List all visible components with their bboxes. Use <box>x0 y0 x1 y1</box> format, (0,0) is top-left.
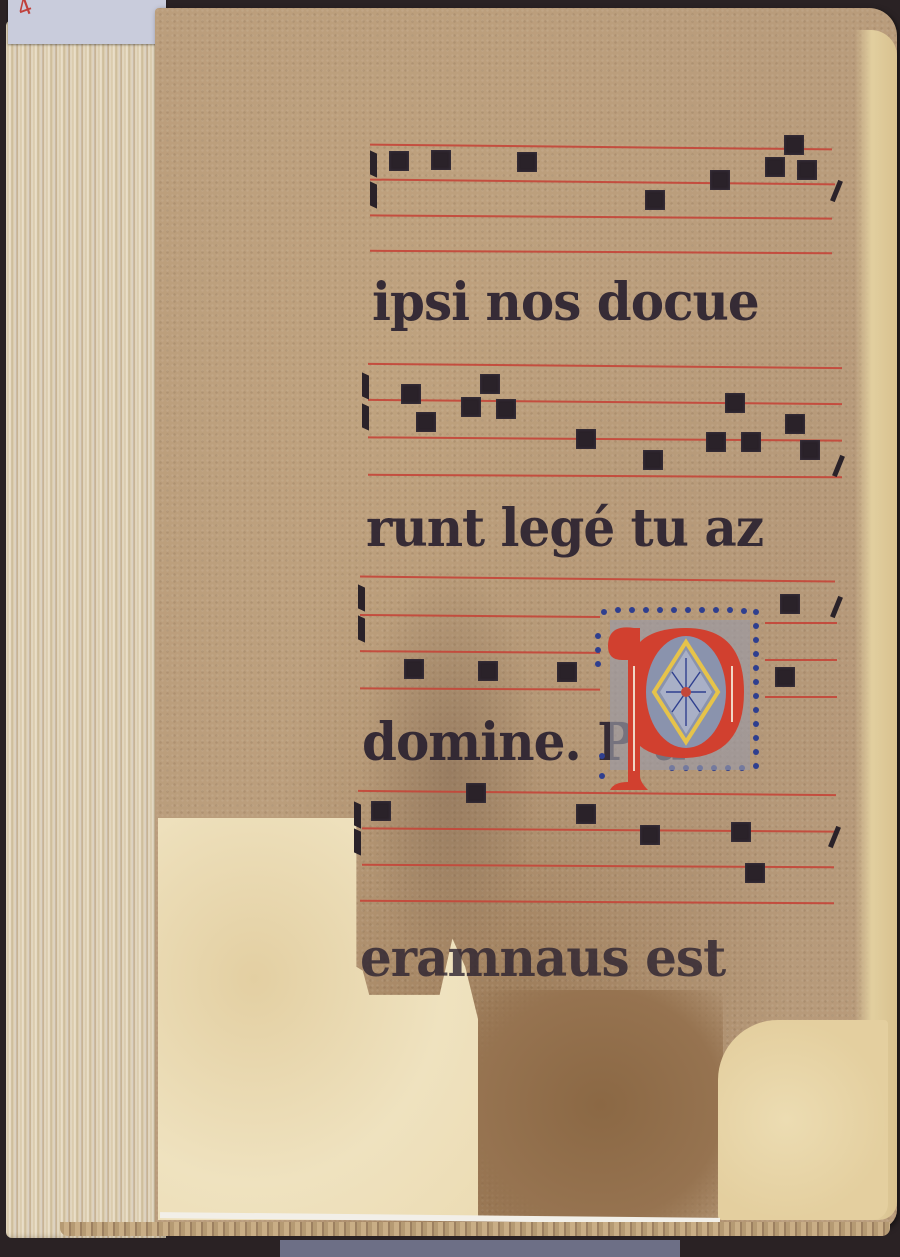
note <box>775 667 795 687</box>
note <box>371 801 391 821</box>
note <box>731 822 751 842</box>
c-clef <box>362 403 369 430</box>
note <box>404 659 424 679</box>
note <box>431 150 451 170</box>
note <box>710 170 730 190</box>
note <box>461 397 481 417</box>
note <box>725 393 745 413</box>
note <box>765 157 785 177</box>
c-clef <box>358 584 365 611</box>
note <box>745 863 765 883</box>
note <box>466 783 486 803</box>
staff-line <box>765 659 837 661</box>
c-clef <box>358 615 365 642</box>
note <box>784 135 804 155</box>
note <box>780 594 800 614</box>
note <box>478 661 498 681</box>
lyric-line-1: ipsi nos docue <box>372 271 759 333</box>
note <box>480 374 500 394</box>
staff-line <box>765 696 837 698</box>
note <box>797 160 817 180</box>
c-clef <box>370 181 377 208</box>
note <box>401 384 421 404</box>
c-clef <box>370 150 377 177</box>
darkened-parchment-area <box>478 990 723 1220</box>
staff-line <box>765 622 837 624</box>
note <box>576 804 596 824</box>
note <box>557 662 577 682</box>
note <box>800 440 820 460</box>
paper-repair-right <box>718 1020 888 1220</box>
note <box>643 450 663 470</box>
lyric-line-2: runt legé tu az <box>366 497 763 559</box>
note <box>785 414 805 434</box>
note <box>496 399 516 419</box>
note <box>517 152 537 172</box>
c-clef <box>362 372 369 399</box>
note <box>389 151 409 171</box>
c-clef <box>354 801 361 828</box>
note <box>640 825 660 845</box>
note <box>706 432 726 452</box>
c-clef <box>354 828 361 855</box>
page-edges-stack <box>6 20 166 1238</box>
note <box>741 432 761 452</box>
illuminated-initial-p <box>594 606 762 796</box>
lyric-line-4: eramnaus est <box>360 927 725 989</box>
note <box>645 190 665 210</box>
text-block-bottom-edge <box>60 1222 890 1236</box>
note <box>576 429 596 449</box>
book-support <box>280 1240 680 1257</box>
note <box>416 412 436 432</box>
